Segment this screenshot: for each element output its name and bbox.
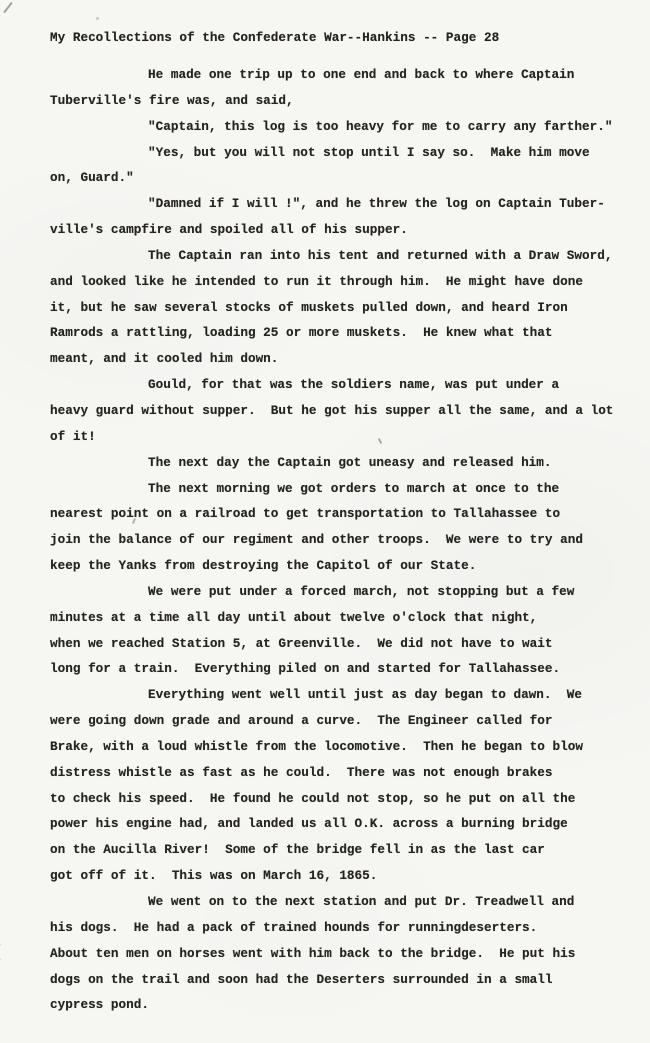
text-line: dogs on the trail and soon had the Deser…	[50, 967, 635, 993]
text-line: "Damned if I will !", and he threw the l…	[50, 191, 635, 217]
text-line: were going down grade and around a curve…	[50, 708, 635, 734]
text-line: nearest point on a railroad to get trans…	[50, 501, 635, 527]
text-line: when we reached Station 5, at Greenville…	[50, 631, 635, 657]
text-line: Tuberville's fire was, and said,	[50, 88, 635, 114]
text-line: Everything went well until just as day b…	[50, 682, 635, 708]
text-line: The next day the Captain got uneasy and …	[50, 450, 635, 476]
text-line: cypress pond.	[50, 992, 635, 1018]
text-line: The Captain ran into his tent and return…	[50, 243, 635, 269]
text-line: meant, and it cooled him down.	[50, 346, 635, 372]
text-line: Gould, for that was the soldiers name, w…	[50, 372, 635, 398]
scan-artifact-edge-mark	[0, 944, 7, 960]
text-line: join the balance of our regiment and oth…	[50, 527, 635, 553]
text-line: ville's campfire and spoiled all of his …	[50, 217, 635, 243]
text-line: keep the Yanks from destroying the Capit…	[50, 553, 635, 579]
text-line: long for a train. Everything piled on an…	[50, 656, 635, 682]
scan-artifact-speck	[96, 17, 99, 20]
text-line: on the Aucilla River! Some of the bridge…	[50, 837, 635, 863]
text-line: got off of it. This was on March 16, 186…	[50, 863, 635, 889]
text-line: it, but he saw several stocks of muskets…	[50, 295, 635, 321]
text-line: on, Guard."	[50, 165, 635, 191]
text-line: He made one trip up to one end and back …	[50, 62, 635, 88]
text-line: "Yes, but you will not stop until I say …	[50, 140, 635, 166]
scanned-document-page: My Recollections of the Confederate War-…	[0, 0, 650, 1043]
text-line: The next morning we got orders to march …	[50, 476, 635, 502]
text-line: We went on to the next station and put D…	[50, 889, 635, 915]
text-line: Ramrods a rattling, loading 25 or more m…	[50, 320, 635, 346]
text-line: heavy guard without supper. But he got h…	[50, 398, 635, 424]
text-line: power his engine had, and landed us all …	[50, 811, 635, 837]
scan-artifact-corner-mark	[3, 2, 13, 13]
text-line: of it!	[50, 424, 635, 450]
text-line: and looked like he intended to run it th…	[50, 269, 635, 295]
text-line: We were put under a forced march, not st…	[50, 579, 635, 605]
page-body: He made one trip up to one end and back …	[50, 62, 635, 1018]
page-header-title: My Recollections of the Confederate War-…	[50, 30, 499, 45]
text-line: his dogs. He had a pack of trained hound…	[50, 915, 635, 941]
text-line: distress whistle as fast as he could. Th…	[50, 760, 635, 786]
text-line: minutes at a time all day until about tw…	[50, 605, 635, 631]
text-line: to check his speed. He found he could no…	[50, 786, 635, 812]
text-line: "Captain, this log is too heavy for me t…	[50, 114, 635, 140]
text-line: Brake, with a loud whistle from the loco…	[50, 734, 635, 760]
text-line: About ten men on horses went with him ba…	[50, 941, 635, 967]
